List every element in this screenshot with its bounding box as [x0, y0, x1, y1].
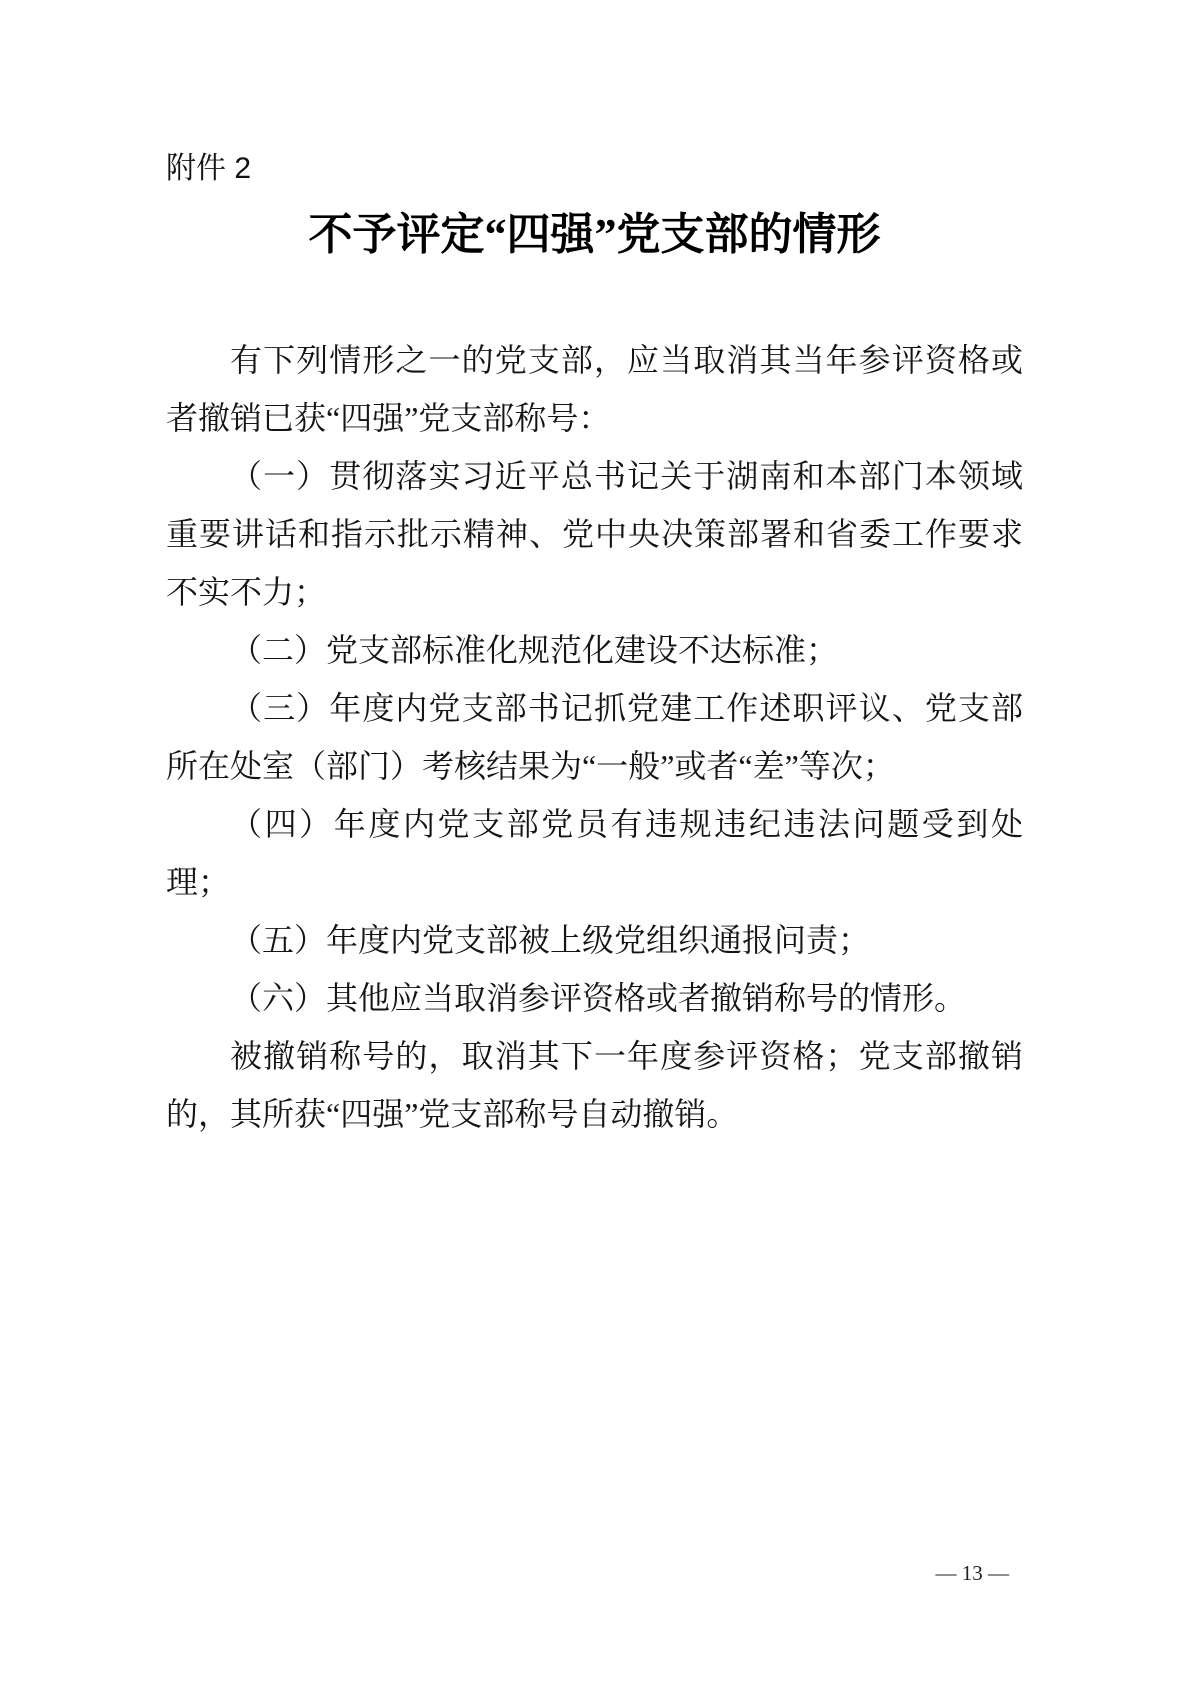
paragraph-closing: 被撤销称号的，取消其下一年度参评资格；党支部撤销的，其所获“四强”党支部称号自动… [166, 1027, 1023, 1143]
paragraph-item-5: （五）年度内党支部被上级党组织通报问责； [166, 911, 1023, 969]
paragraph-item-4: （四）年度内党支部党员有违规违纪违法问题受到处理； [166, 795, 1023, 911]
page-number: — 13 — [936, 1560, 1010, 1586]
paragraph-item-6: （六）其他应当取消参评资格或者撤销称号的情形。 [166, 969, 1023, 1027]
paragraph-intro: 有下列情形之一的党支部，应当取消其当年参评资格或者撤销已获“四强”党支部称号： [166, 331, 1023, 447]
paragraph-item-1: （一）贯彻落实习近平总书记关于湖南和本部门本领域重要讲话和指示批示精神、党中央决… [166, 447, 1023, 621]
document-title: 不予评定“四强”党支部的情形 [166, 206, 1023, 264]
document-page: 附件 2 不予评定“四强”党支部的情形 有下列情形之一的党支部，应当取消其当年参… [0, 0, 1191, 1684]
attachment-label: 附件 2 [166, 148, 1023, 190]
document-body: 有下列情形之一的党支部，应当取消其当年参评资格或者撤销已获“四强”党支部称号： … [166, 331, 1023, 1143]
paragraph-item-3: （三）年度内党支部书记抓党建工作述职评议、党支部所在处室（部门）考核结果为“一般… [166, 679, 1023, 795]
document-content: 附件 2 不予评定“四强”党支部的情形 有下列情形之一的党支部，应当取消其当年参… [166, 148, 1023, 1143]
paragraph-item-2: （二）党支部标准化规范化建设不达标准； [166, 621, 1023, 679]
